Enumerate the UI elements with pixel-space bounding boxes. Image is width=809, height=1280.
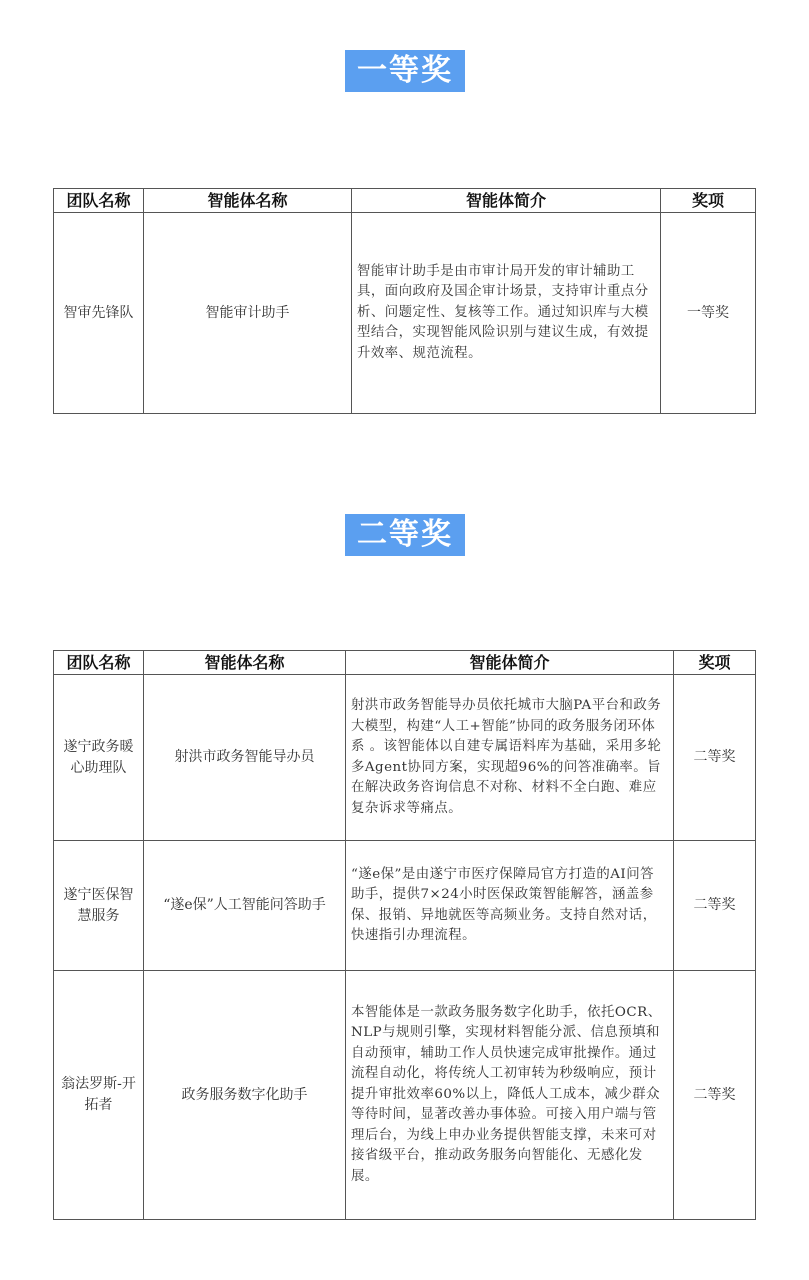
team-name-cell: 遂宁医保智慧服务 [54,841,144,971]
header-prize: 奖项 [661,189,756,213]
agent-name-cell: 智能审计助手 [144,213,352,414]
header-team-name: 团队名称 [54,651,144,675]
first-prize-table: 团队名称 智能体名称 智能体简介 奖项 智审先锋队 智能审计助手 智能审计助手是… [53,188,756,414]
header-prize: 奖项 [674,651,756,675]
table-header-row: 团队名称 智能体名称 智能体简介 奖项 [54,189,756,213]
agent-description-cell: 本智能体是一款政务服务数字化助手，依托OCR、NLP与规则引擎，实现材料智能分派… [346,971,674,1220]
team-name-cell: 翁法罗斯-开拓者 [54,971,144,1220]
table-row: 遂宁医保智慧服务 “遂e保”人工智能问答助手 “遂e保”是由遂宁市医疗保障局官方… [54,841,756,971]
agent-name-cell: “遂e保”人工智能问答助手 [144,841,346,971]
second-prize-table: 团队名称 智能体名称 智能体简介 奖项 遂宁政务暖心助理队 射洪市政务智能导办员… [53,650,756,1220]
prize-cell: 二等奖 [674,675,756,841]
table-row: 遂宁政务暖心助理队 射洪市政务智能导办员 射洪市政务智能导办员依托城市大脑PA平… [54,675,756,841]
header-agent-name: 智能体名称 [144,651,346,675]
table-row: 智审先锋队 智能审计助手 智能审计助手是由市审计局开发的审计辅助工具，面向政府及… [54,213,756,414]
agent-name-cell: 政务服务数字化助手 [144,971,346,1220]
table-header-row: 团队名称 智能体名称 智能体简介 奖项 [54,651,756,675]
agent-description-cell: 射洪市政务智能导办员依托城市大脑PA平台和政务大模型，构建“人工+智能”协同的政… [346,675,674,841]
prize-cell: 一等奖 [661,213,756,414]
prize-cell: 二等奖 [674,841,756,971]
team-name-cell: 遂宁政务暖心助理队 [54,675,144,841]
team-name-cell: 智审先锋队 [54,213,144,414]
table-row: 翁法罗斯-开拓者 政务服务数字化助手 本智能体是一款政务服务数字化助手，依托OC… [54,971,756,1220]
header-agent-name: 智能体名称 [144,189,352,213]
agent-description-cell: “遂e保”是由遂宁市医疗保障局官方打造的AI问答助手，提供7×24小时医保政策智… [346,841,674,971]
prize-cell: 二等奖 [674,971,756,1220]
header-team-name: 团队名称 [54,189,144,213]
agent-name-cell: 射洪市政务智能导办员 [144,675,346,841]
header-agent-description: 智能体简介 [346,651,674,675]
second-prize-banner: 二等奖 [345,514,465,556]
header-agent-description: 智能体简介 [352,189,661,213]
agent-description-cell: 智能审计助手是由市审计局开发的审计辅助工具，面向政府及国企审计场景，支持审计重点… [352,213,661,414]
first-prize-banner: 一等奖 [345,50,465,92]
